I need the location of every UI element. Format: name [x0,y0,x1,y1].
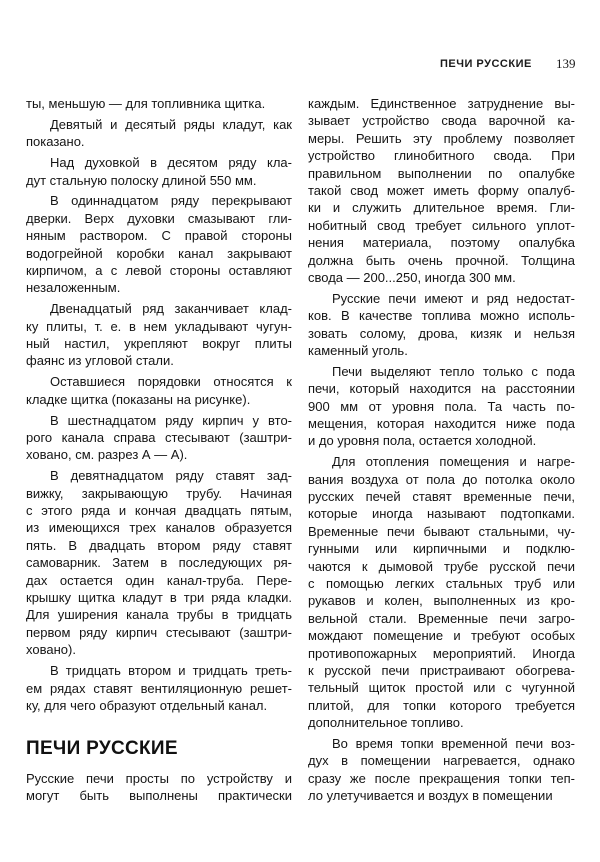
text-line: могут быть выполнены практически [26,787,292,804]
text-line: Во время топки временной печи воз- [308,735,575,752]
text-line: ку, для чего образуют отдельный канал. [26,697,292,714]
text-line: ку плиты, т. е. в нем укладывают чугун- [26,318,292,335]
text-line: В шестнадцатом ряду кирпич у вто- [26,412,292,429]
text-line: вельной стали. Временные печи загро- [308,610,575,627]
text-line: дополнительное топливо. [308,714,575,731]
text-line: плитой, для топки которого требуется [308,697,575,714]
book-page: ПЕЧИ РУССКИЕ 139 ты, меньшую — для топли… [0,0,600,862]
text-line: няным раствором. С правой стороны [26,227,292,244]
section-intro: Русские печи просты по устройству имогут… [26,770,292,805]
text-line: ки и служить длительное время. Гли- [308,199,575,216]
text-line: каменный уголь. [308,342,575,359]
text-line: В одиннадцатом ряду перекрывают [26,192,292,209]
text-line: Оставшиеся порядовки относятся к [26,373,292,390]
text-line: 900 мм от уровня пола. Та часть по- [308,398,575,415]
text-line: крышку щитка кладут в три ряда кладки. [26,589,292,606]
text-line: дух в помещении нагревается, однако [308,752,575,769]
paragraph: В тридцать втором и тридцать треть-ем ря… [26,662,292,714]
text-line: показано. [26,133,292,150]
text-line: Для уширения канала трубы в тридцать [26,606,292,623]
text-line: такой свод может иметь форму опалуб- [308,182,575,199]
paragraph: Русские печи просты по устройству имогут… [26,770,292,805]
text-line: вижку, закрывающую трубу. Начиная [26,485,292,502]
paragraph: Двенадцатый ряд заканчивает клад-ку плит… [26,300,292,370]
paragraph: ты, меньшую — для топливника щитка. [26,95,292,112]
text-line: русских печей ставят временные печи, [308,488,575,505]
text-line: ты, меньшую — для топливника щитка. [26,95,292,112]
text-line: мещения, которая находится ниже пода [308,415,575,432]
text-line: с этого ряда и кончая двадцать пятым, [26,502,292,519]
page-number: 139 [556,56,576,72]
text-line: пять. В двадцать втором ряду ставят [26,537,292,554]
text-line: Над духовкой в десятом ряду кла- [26,154,292,171]
text-line: вания воздуха от пола до потолка около [308,471,575,488]
text-line: из имеющихся трех каналов образуется [26,519,292,536]
text-line: ло улетучивается и воздух в помещении [308,787,575,804]
text-line: с помощью легких стальных труб или [308,575,575,592]
left-column: ты, меньшую — для топливника щитка.Девят… [26,95,292,714]
text-line: каждым. Единственное затруднение вы- [308,95,575,112]
paragraph: Для отопления помещения и нагре-вания во… [308,453,575,731]
text-line: чаются к дымовой трубе русской печи [308,558,575,575]
paragraph: В шестнадцатом ряду кирпич у вто-рого ка… [26,412,292,464]
section-heading: ПЕЧИ РУССКИЕ [26,738,178,760]
text-line: В тридцать втором и тридцать треть- [26,662,292,679]
text-line: самоварник. Затем в последующих ря- [26,554,292,571]
text-line: Двенадцатый ряд заканчивает клад- [26,300,292,317]
text-line: дах остается один канал-труба. Пере- [26,572,292,589]
text-line: противопожарных мероприятий. Иногда [308,645,575,662]
text-line: дут стальную полоску длиной 550 мм. [26,172,292,189]
text-line: должна быть очень прочной. Толщина [308,252,575,269]
text-line: гунными или кирпичными и подклю- [308,540,575,557]
paragraph: Печи выделяют тепло только с подапечи, к… [308,363,575,450]
text-line: ный настил, укрепляют вокруг плиты [26,335,292,352]
paragraph: Девятый и десятый ряды кладут, какпоказа… [26,116,292,151]
text-line: мождают помещение и требуют особых [308,627,575,644]
text-line: рого канала справа стесывают (заштри- [26,429,292,446]
text-line: сразу же после прекращения топки теп- [308,770,575,787]
text-line: печи, который находится на расстоянии [308,380,575,397]
text-line: зывает устройство свода варочной ка- [308,112,575,129]
text-line: Русские печи имеют и ряд недостат- [308,290,575,307]
text-line: ховано). [26,641,292,658]
text-line: кирпичом, а с левой стороны оставляют [26,262,292,279]
text-line: нения материала, поэтому опалубка [308,234,575,251]
text-line: зовать солому, дрова, кизяк и нельзя [308,325,575,342]
paragraph: Русские печи имеют и ряд недостат-ков. В… [308,290,575,360]
text-line: правильном выполнении по опалубке [308,165,575,182]
text-line: устройство глинобитного свода. При [308,147,575,164]
running-head: ПЕЧИ РУССКИЕ [440,58,532,70]
text-line: первом ряду кирпич стесывают (заштри- [26,624,292,641]
text-line: Временные печи бывают стальными, чу- [308,523,575,540]
text-line: свода — 200...250, иногда 300 мм. [308,269,575,286]
text-line: ем рядах ставят вентиляционную решет- [26,680,292,697]
text-line: нобитный свод требует сильного уплот- [308,217,575,234]
text-line: и до уровня пола, остается холодной. [308,432,575,449]
text-line: Девятый и десятый ряды кладут, как [26,116,292,133]
paragraph: Во время топки временной печи воз-дух в … [308,735,575,805]
text-line: ков. В качестве топлива можно исполь- [308,307,575,324]
text-line: которые иногда называют подтопками. [308,505,575,522]
paragraph: каждым. Единственное затруднение вы-зыва… [308,95,575,286]
text-line: тельный щиток простой или с чугунной [308,679,575,696]
text-line: к русской печи пристраивают обогрева- [308,662,575,679]
paragraph: Над духовкой в десятом ряду кла-дут стал… [26,154,292,189]
text-line: дверки. Верх духовки смазывают гли- [26,210,292,227]
text-line: меры. Решить эту проблему позволяет [308,130,575,147]
text-line: Печи выделяют тепло только с пода [308,363,575,380]
text-line: водогрейной коробки канал закрывают [26,245,292,262]
paragraph: Оставшиеся порядовки относятся ккладке щ… [26,373,292,408]
text-line: рукавов и колен, выполненных из кро- [308,592,575,609]
paragraph: В одиннадцатом ряду перекрываютдверки. В… [26,192,292,296]
text-line: Русские печи просты по устройству и [26,770,292,787]
right-column: каждым. Единственное затруднение вы-зыва… [308,95,575,805]
paragraph: В девятнадцатом ряду ставят зад-вижку, з… [26,467,292,658]
text-line: кладке щитка (показаны на рисунке). [26,391,292,408]
text-line: фаянс из угловой стали. [26,352,292,369]
text-line: незаложенным. [26,279,292,296]
text-line: ховано, см. разрез А — А). [26,446,292,463]
text-line: В девятнадцатом ряду ставят зад- [26,467,292,484]
text-line: Для отопления помещения и нагре- [308,453,575,470]
